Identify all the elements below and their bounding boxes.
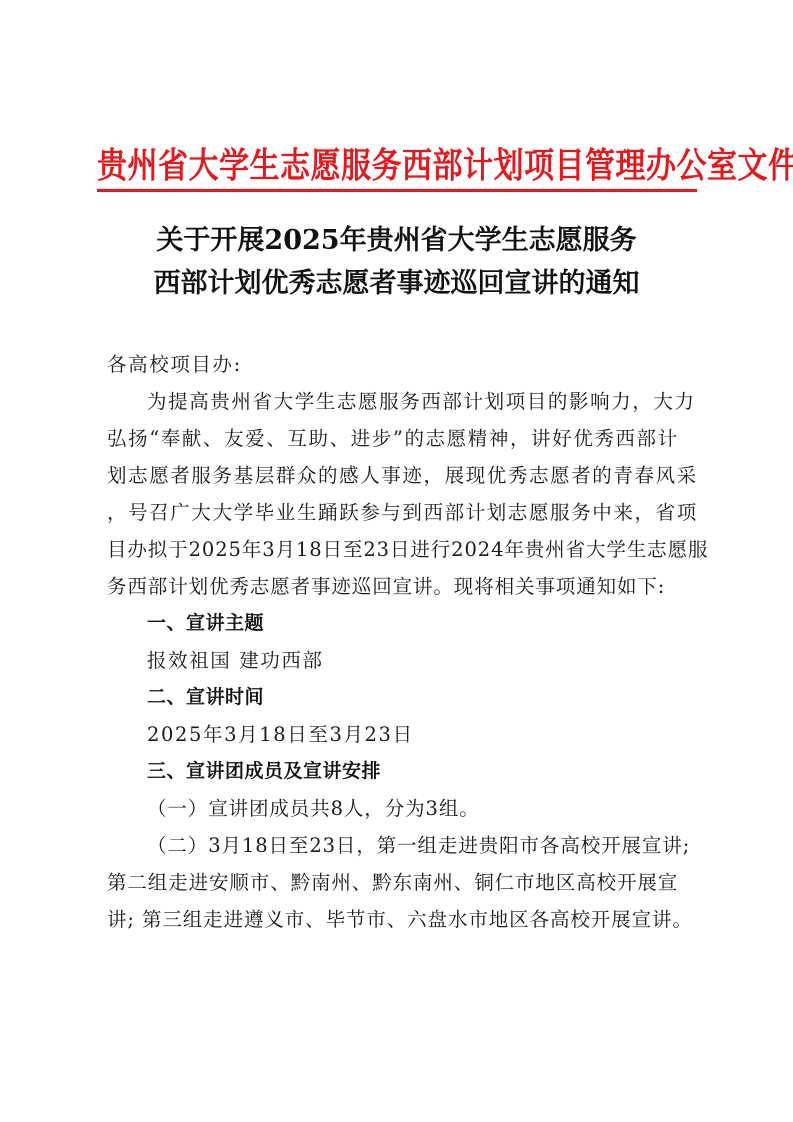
section-members-line-4: 讲; 第三组走进遵义市、毕节市、六盘水市地区各高校开展宣讲。 [107,901,703,938]
section-heading-time: 二、宣讲时间 [107,679,703,716]
document-title-line-1: 关于开展2025年贵州省大学生志愿服务 [60,219,733,262]
section-theme-text: 报效祖国 建功西部 [107,642,703,679]
intro-line-2: 弘扬“奉献、友爱、互助、进步”的志愿精神，讲好优秀西部计 [107,420,703,457]
section-heading-theme: 一、宣讲主题 [107,605,703,642]
salutation: 各高校项目办: [107,346,703,383]
intro-line-4: ，号召广大大学毕业生踊跃参与到西部计划志愿服务中来，省项 [107,494,703,531]
section-members-line-2: （二）3月18日至23日，第一组走进贵阳市各高校开展宣讲; [107,827,703,864]
document-title: 关于开展2025年贵州省大学生志愿服务 西部计划优秀志愿者事迹巡回宣讲的通知 [60,219,733,305]
section-heading-members: 三、宣讲团成员及宣讲安排 [107,753,703,790]
section-members-line-1: （一）宣讲团成员共8人，分为3组。 [107,790,703,827]
letterhead-red-rule [97,189,697,192]
section-members-line-3: 第二组走进安顺市、黔南州、黔东南州、铜仁市地区高校开展宣 [107,864,703,901]
section-time-text: 2025年3月18日至3月23日 [107,716,703,753]
document-title-line-2: 西部计划优秀志愿者事迹巡回宣讲的通知 [60,262,733,305]
intro-line-1: 为提高贵州省大学生志愿服务西部计划项目的影响力，大力 [107,383,703,420]
document-page: 贵州省大学生志愿服务西部计划项目管理办公室文件 关于开展2025年贵州省大学生志… [0,0,793,1122]
intro-line-6: 务西部计划优秀志愿者事迹巡回宣讲。现将相关事项通知如下: [107,568,703,605]
letterhead-title: 贵州省大学生志愿服务西部计划项目管理办公室文件 [97,136,697,188]
intro-line-5: 目办拟于2025年3月18日至23日进行2024年贵州省大学生志愿服 [107,531,703,568]
intro-line-3: 划志愿者服务基层群众的感人事迹，展现优秀志愿者的青春风采 [107,457,703,494]
document-body: 各高校项目办: 为提高贵州省大学生志愿服务西部计划项目的影响力，大力 弘扬“奉献… [107,346,703,938]
